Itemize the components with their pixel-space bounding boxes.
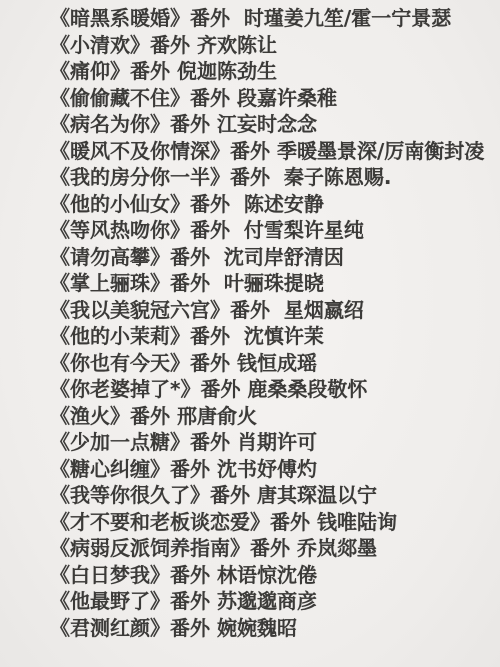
list-item: 《白日梦我》番外 林语惊沈倦 — [50, 562, 494, 589]
list-item: 《他的小仙女》番外 陈述安静 — [50, 191, 494, 218]
list-item: 《你老婆掉了*》番外 鹿桑桑段敬怀 — [50, 376, 494, 403]
list-item: 《请勿高攀》番外 沈司岸舒清因 — [50, 244, 494, 271]
list-item: 《我等你很久了》番外 唐其琛温以宁 — [50, 482, 494, 509]
list-item: 《等风热吻你》番外 付雪梨许星纯 — [50, 217, 494, 244]
list-item: 《你也有今天》番外 钱恒成瑶 — [50, 350, 494, 377]
list-item: 《少加一点糖》番外 肖期许可 — [50, 429, 494, 456]
list-item: 《暖风不及你情深》番外 季暖墨景深/厉南衡封凌 — [50, 138, 494, 165]
list-item: 《病名为你》番外 江妄时念念 — [50, 111, 494, 138]
list-item: 《他的小茉莉》番外 沈慎许茉 — [50, 323, 494, 350]
list-item: 《我以美貌冠六宫》番外 星烟嬴绍 — [50, 297, 494, 324]
list-item: 《暗黑系暖婚》番外 时瑾姜九笙/霍一宁景瑟 — [50, 5, 494, 32]
list-item: 《偷偷藏不住》番外 段嘉许桑稚 — [50, 85, 494, 112]
list-item: 《我的房分你一半》番外 秦子陈恩赐. — [50, 164, 494, 191]
list-item: 《小清欢》番外 齐欢陈让 — [50, 32, 494, 59]
list-item: 《才不要和老板谈恋爱》番外 钱唯陆询 — [50, 509, 494, 536]
list-item: 《糖心纠缠》番外 沈书妤傅灼 — [50, 456, 494, 483]
list-item: 《他最野了》番外 苏邈邈商彦 — [50, 588, 494, 615]
book-list: 《暗黑系暖婚》番外 时瑾姜九笙/霍一宁景瑟 《小清欢》番外 齐欢陈让 《痛仰》番… — [50, 5, 494, 641]
list-item: 《渔火》番外 邢唐俞火 — [50, 403, 494, 430]
list-item: 《掌上骊珠》番外 叶骊珠提晓 — [50, 270, 494, 297]
list-item: 《君测红颜》番外 婉婉魏昭 — [50, 615, 494, 642]
list-item: 《痛仰》番外 倪迦陈劲生 — [50, 58, 494, 85]
page: 《暗黑系暖婚》番外 时瑾姜九笙/霍一宁景瑟 《小清欢》番外 齐欢陈让 《痛仰》番… — [0, 0, 500, 667]
list-item: 《病弱反派饲养指南》番外 乔岚郯墨 — [50, 535, 494, 562]
